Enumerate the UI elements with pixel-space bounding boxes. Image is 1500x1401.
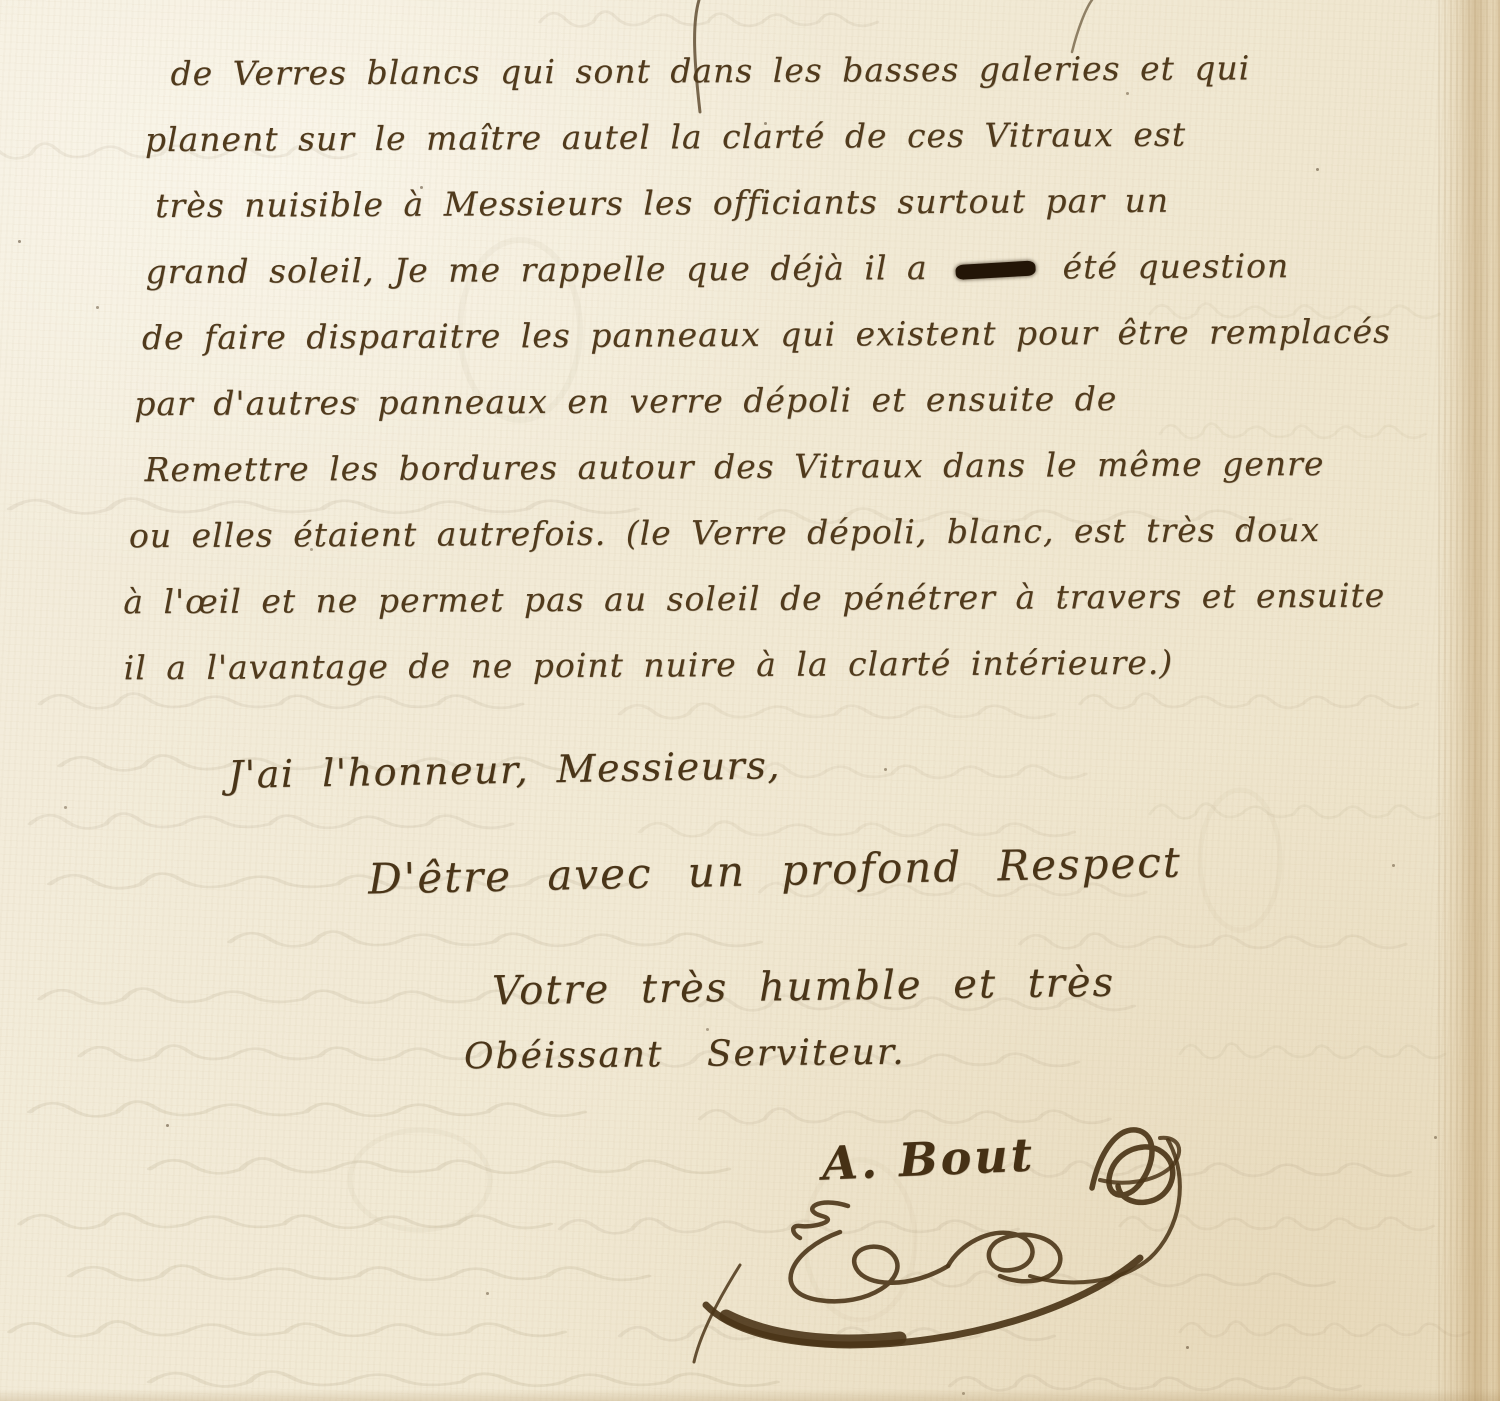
letter-line: à l'œil et ne permet pas au soleil de pé… (123, 562, 1500, 635)
closing-serviteur: Obéissant Serviteur. (464, 1032, 906, 1078)
letter-text: de Verres blancs qui sont dans les basse… (0, 0, 1500, 1401)
letter-line: ou elles étaient autrefois. (le Verre dé… (129, 496, 1500, 569)
closing-humble: Votre très humble et très (492, 960, 1116, 1015)
letter-line: par d'autres panneaux en verre dépoli et… (134, 364, 1500, 437)
letter-line: de faire disparaitre les panneaux qui ex… (142, 298, 1500, 371)
letter-line: très nuisible à Messieurs les officiants… (155, 166, 1499, 239)
letter-line: grand soleil, Je me rappelle que déjà il… (145, 232, 1499, 305)
closing-salutation: J'ai l'honneur, Messieurs, (228, 743, 782, 797)
letter-line: planent sur le maître autel la clarté de… (145, 100, 1499, 173)
ink-blot (955, 260, 1036, 280)
letter-line: il a l'avantage de ne point nuire à la c… (123, 628, 1500, 701)
manuscript-page: de Verres blancs qui sont dans les basse… (0, 0, 1500, 1401)
letter-line: Remettre les bordures autour des Vitraux… (144, 430, 1500, 503)
letter-line: de Verres blancs qui sont dans les basse… (170, 34, 1498, 107)
letter-body: de Verres blancs qui sont dans les basse… (0, 0, 1500, 702)
signature-name: A. Bout (821, 1127, 1036, 1190)
closing-respect: D'être avec un profond Respect (368, 837, 1183, 903)
